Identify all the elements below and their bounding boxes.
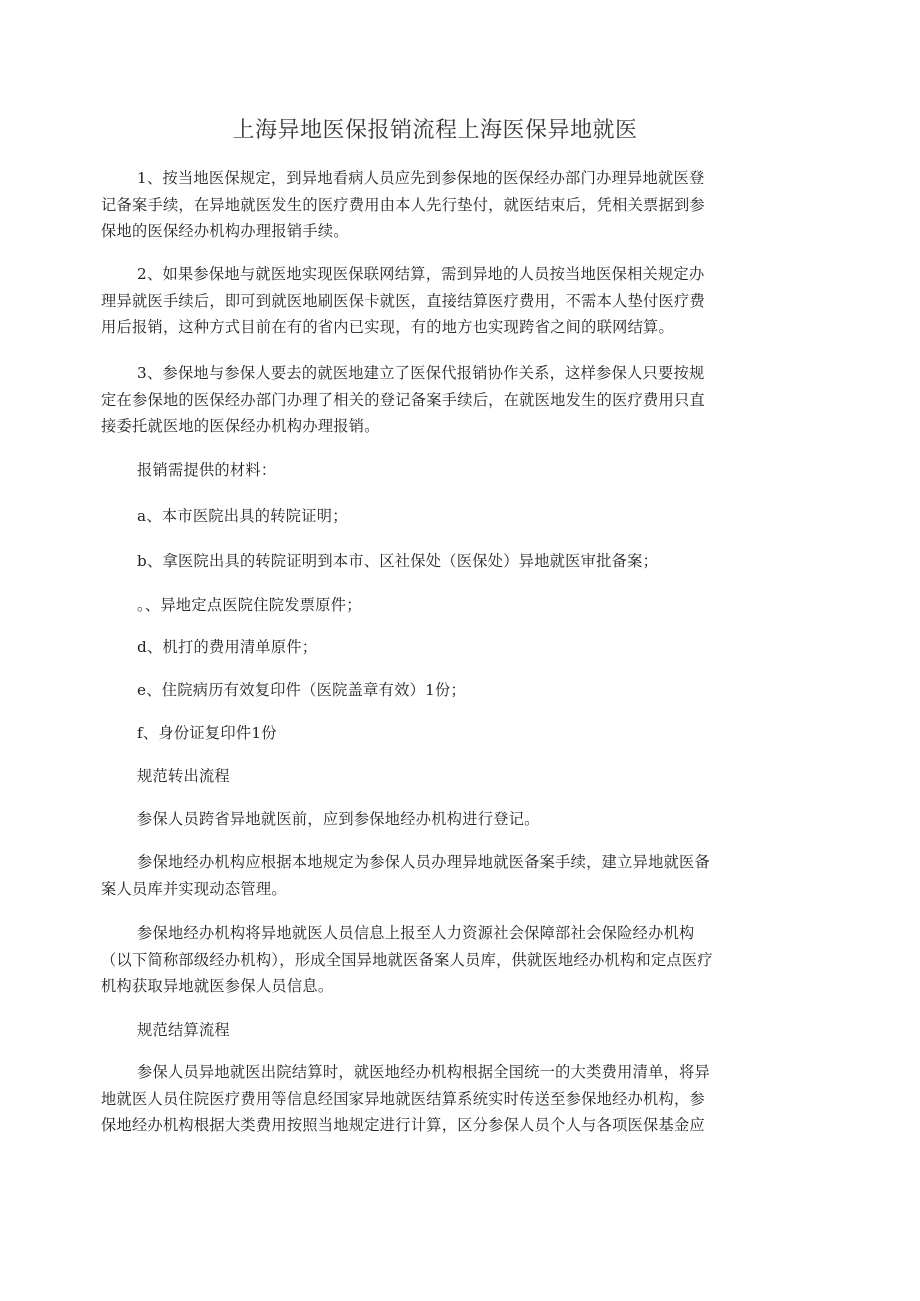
paragraph-3: 3、参保地与参保人要去的就医地建立了医保代报销协作关系，这样参保人只要按规 定在…: [101, 360, 769, 440]
transfer-out-heading: 规范转出流程: [137, 763, 230, 789]
paragraph-line: 1、按当地医保规定，到异地看病人员应先到参保地的医保经办部门办理异地就医登: [101, 165, 769, 192]
paragraph-line: 参保人员异地就医出院结算时，就医地经办机构根据全国统一的大类费用清单，将异: [101, 1059, 769, 1086]
paragraph-line: 保地的医保经办机构办理报销手续。: [101, 218, 769, 245]
paragraph-line: 地就医人员住院医疗费用等信息经国家异地就医结算系统实时传送至参保地经办机构，参: [101, 1086, 769, 1113]
paragraph-line: 参保地经办机构应根据本地规定为参保人员办理异地就医备案手续，建立异地就医备: [101, 849, 769, 876]
settlement-heading: 规范结算流程: [137, 1017, 230, 1043]
paragraph-line: 用后报销，这种方式目前在有的省内已实现，有的地方也实现跨省之间的联网结算。: [101, 314, 769, 341]
material-item-c: 。、异地定点医院住院发票原件；: [137, 592, 362, 618]
material-item-e: e、住院病历有效复印件（医院盖章有效）1份；: [137, 677, 466, 703]
paragraph-line: 接委托就医地的医保经办机构办理报销。: [101, 413, 769, 440]
transfer-out-paragraph-2: 参保地经办机构应根据本地规定为参保人员办理异地就医备案手续，建立异地就医备 案人…: [101, 849, 769, 902]
paragraph-line: （以下简称部级经办机构），形成全国异地就医备案人员库，供就医地经办机构和定点医疗: [101, 947, 769, 974]
material-item-a: a、本市医院出具的转院证明；: [137, 503, 348, 529]
paragraph-line: 案人员库并实现动态管理。: [101, 876, 769, 903]
transfer-out-paragraph-3: 参保地经办机构将异地就医人员信息上报至人力资源社会保障部社会保险经办机构 （以下…: [101, 920, 769, 1000]
paragraph-line: 机构获取异地就医参保人员信息。: [101, 973, 769, 1000]
paragraph-line: 理异就医手续后，即可到就医地刷医保卡就医，直接结算医疗费用，不需本人垫付医疗费: [101, 288, 769, 315]
paragraph-2: 2、如果参保地与就医地实现医保联网结算，需到异地的人员按当地医保相关规定办 理异…: [101, 261, 769, 341]
paragraph-line: 记备案手续，在异地就医发生的医疗费用由本人先行垫付，就医结束后，凭相关票据到参: [101, 192, 769, 219]
material-item-d: d、机打的费用清单原件；: [137, 634, 317, 660]
settlement-paragraph-1: 参保人员异地就医出院结算时，就医地经办机构根据全国统一的大类费用清单，将异 地就…: [101, 1059, 769, 1139]
paragraph-1: 1、按当地医保规定，到异地看病人员应先到参保地的医保经办部门办理异地就医登 记备…: [101, 165, 769, 245]
paragraph-line: 保地经办机构根据大类费用按照当地规定进行计算，区分参保人员个人与各项医保基金应: [101, 1112, 769, 1139]
paragraph-line: 参保地经办机构将异地就医人员信息上报至人力资源社会保障部社会保险经办机构: [101, 920, 769, 947]
transfer-out-paragraph-1: 参保人员跨省异地就医前，应到参保地经办机构进行登记。: [137, 806, 540, 832]
materials-heading: 报销需提供的材料：: [137, 457, 276, 483]
material-item-f: f、身份证复印件1份: [137, 720, 277, 746]
paragraph-line: 3、参保地与参保人要去的就医地建立了医保代报销协作关系，这样参保人只要按规: [101, 360, 769, 387]
document-title: 上海异地医保报销流程上海医保异地就医: [101, 116, 769, 146]
paragraph-line: 2、如果参保地与就医地实现医保联网结算，需到异地的人员按当地医保相关规定办: [101, 261, 769, 288]
paragraph-line: 定在参保地的医保经办部门办理了相关的登记备案手续后，在就医地发生的医疗费用只直: [101, 387, 769, 414]
material-item-b: b、拿医院出具的转院证明到本市、区社保处（医保处）异地就医审批备案；: [137, 548, 658, 574]
